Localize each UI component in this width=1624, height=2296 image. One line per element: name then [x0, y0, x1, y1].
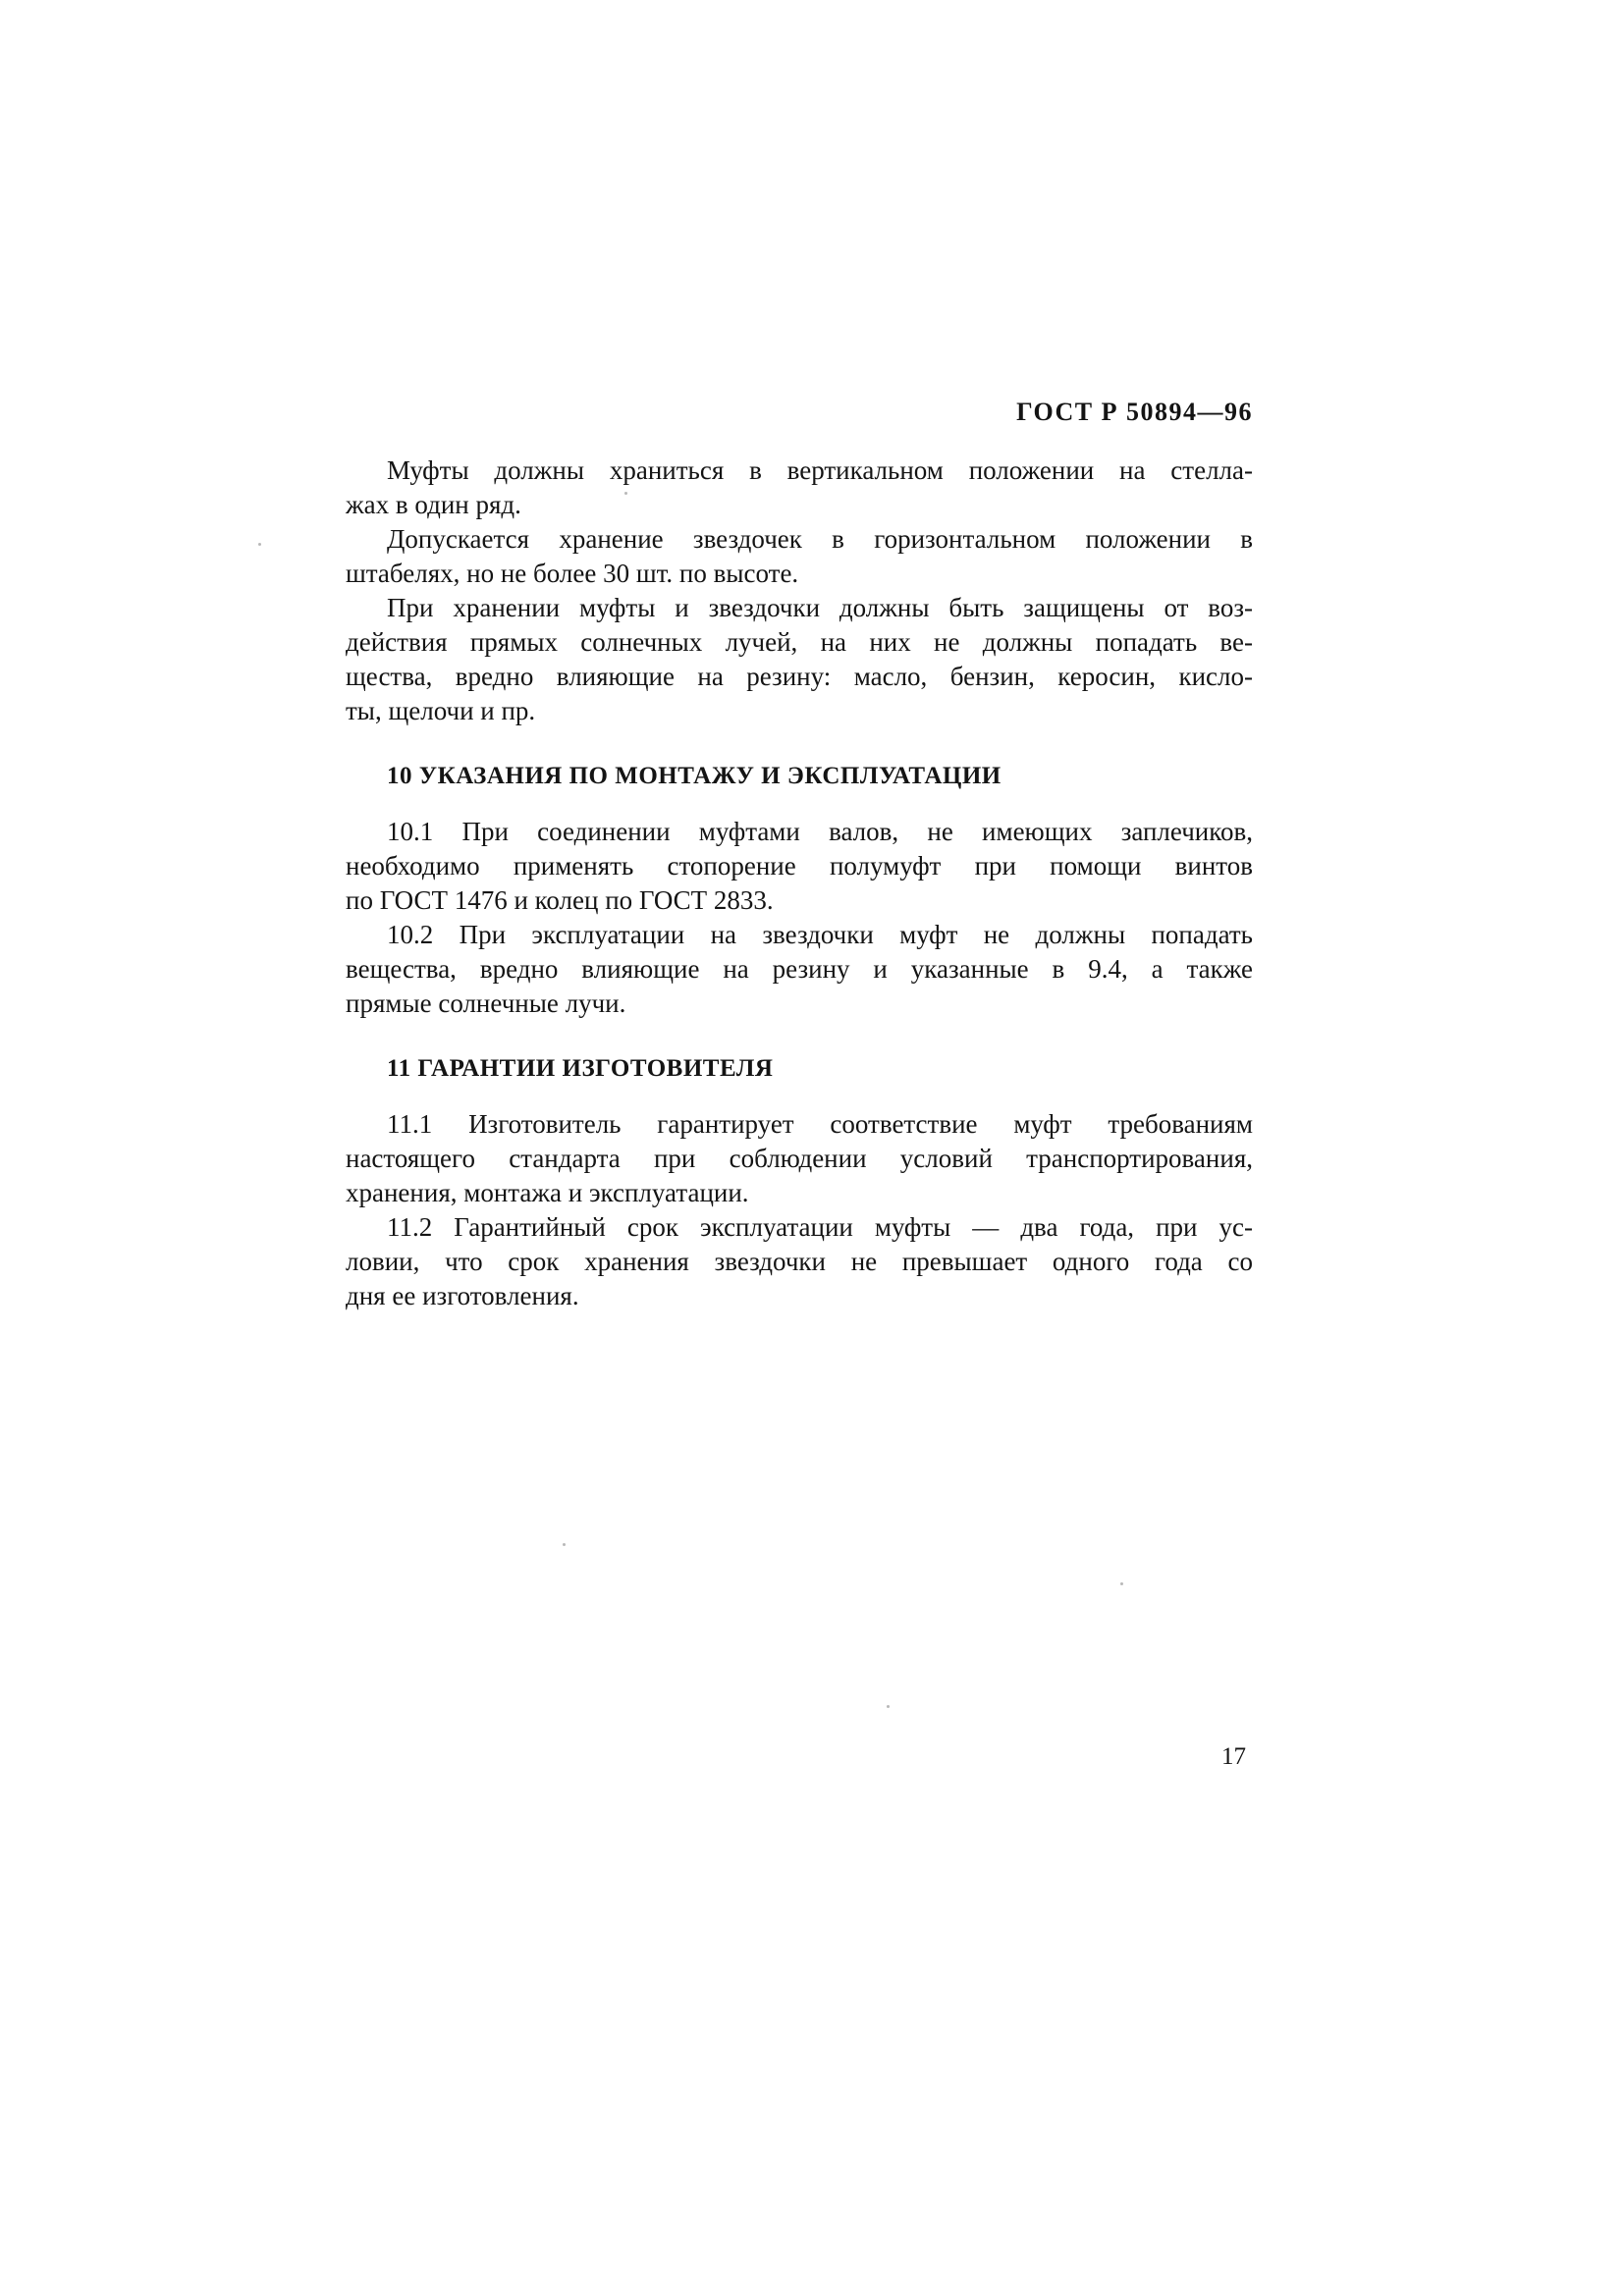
text-line: ты, щелочи и пр.	[346, 694, 1253, 728]
text-line: действия прямых солнечных лучей, на них …	[346, 625, 1253, 660]
text-line: 10.2 При эксплуатации на звездочки муфт …	[346, 918, 1253, 952]
paragraph: При хранении муфты и звездочки должны бы…	[346, 591, 1253, 728]
scan-speck	[624, 492, 627, 495]
text-line: 10.1 При соединении муфтами валов, не им…	[346, 815, 1253, 849]
page-number: 17	[1221, 1743, 1246, 1771]
text-line: штабелях, но не более 30 шт. по высоте.	[346, 557, 1253, 591]
document-body: Муфты должны храниться в вертикальном по…	[346, 454, 1253, 1313]
scan-speck	[563, 1543, 566, 1546]
text-line: хранения, монтажа и эксплуатации.	[346, 1176, 1253, 1210]
text-line: вещества, вредно влияющие на резину и ук…	[346, 952, 1253, 987]
document-page: ГОСТ Р 50894—96 Муфты должны храниться в…	[0, 0, 1624, 2296]
scan-speck	[1120, 1582, 1123, 1585]
text-line: При хранении муфты и звездочки должны бы…	[346, 591, 1253, 625]
scan-speck	[258, 543, 261, 546]
paragraph: Допускается хранение звездочек в горизон…	[346, 522, 1253, 591]
text-line: 11.1 Изготовитель гарантирует соответств…	[346, 1107, 1253, 1142]
paragraph: 10.1 При соединении муфтами валов, не им…	[346, 815, 1253, 918]
paragraph: Муфты должны храниться в вертикальном по…	[346, 454, 1253, 522]
section-heading: 11 ГАРАНТИИ ИЗГОТОВИТЕЛЯ	[346, 1051, 1253, 1086]
text-line: ловии, что срок хранения звездочки не пр…	[346, 1245, 1253, 1279]
section-heading: 10 УКАЗАНИЯ ПО МОНТАЖУ И ЭКСПЛУАТАЦИИ	[346, 759, 1253, 793]
running-header-gost-number: ГОСТ Р 50894—96	[346, 399, 1253, 426]
paragraph: 10.2 При эксплуатации на звездочки муфт …	[346, 918, 1253, 1021]
text-line: Допускается хранение звездочек в горизон…	[346, 522, 1253, 557]
text-line: 11.2 Гарантийный срок эксплуатации муфты…	[346, 1210, 1253, 1245]
text-line: необходимо применять стопорение полумуфт…	[346, 849, 1253, 883]
paragraph: 11.2 Гарантийный срок эксплуатации муфты…	[346, 1210, 1253, 1313]
text-line: прямые солнечные лучи.	[346, 987, 1253, 1021]
text-line: щества, вредно влияющие на резину: масло…	[346, 660, 1253, 694]
scan-speck	[887, 1705, 890, 1708]
text-line: настоящего стандарта при соблюдении усло…	[346, 1142, 1253, 1176]
text-line: дня ее изготовления.	[346, 1279, 1253, 1313]
text-line: жах в один ряд.	[346, 488, 1253, 522]
paragraph: 11.1 Изготовитель гарантирует соответств…	[346, 1107, 1253, 1210]
text-line: по ГОСТ 1476 и колец по ГОСТ 2833.	[346, 883, 1253, 918]
document-text-block: ГОСТ Р 50894—96 Муфты должны храниться в…	[346, 399, 1253, 1313]
text-line: Муфты должны храниться в вертикальном по…	[346, 454, 1253, 488]
